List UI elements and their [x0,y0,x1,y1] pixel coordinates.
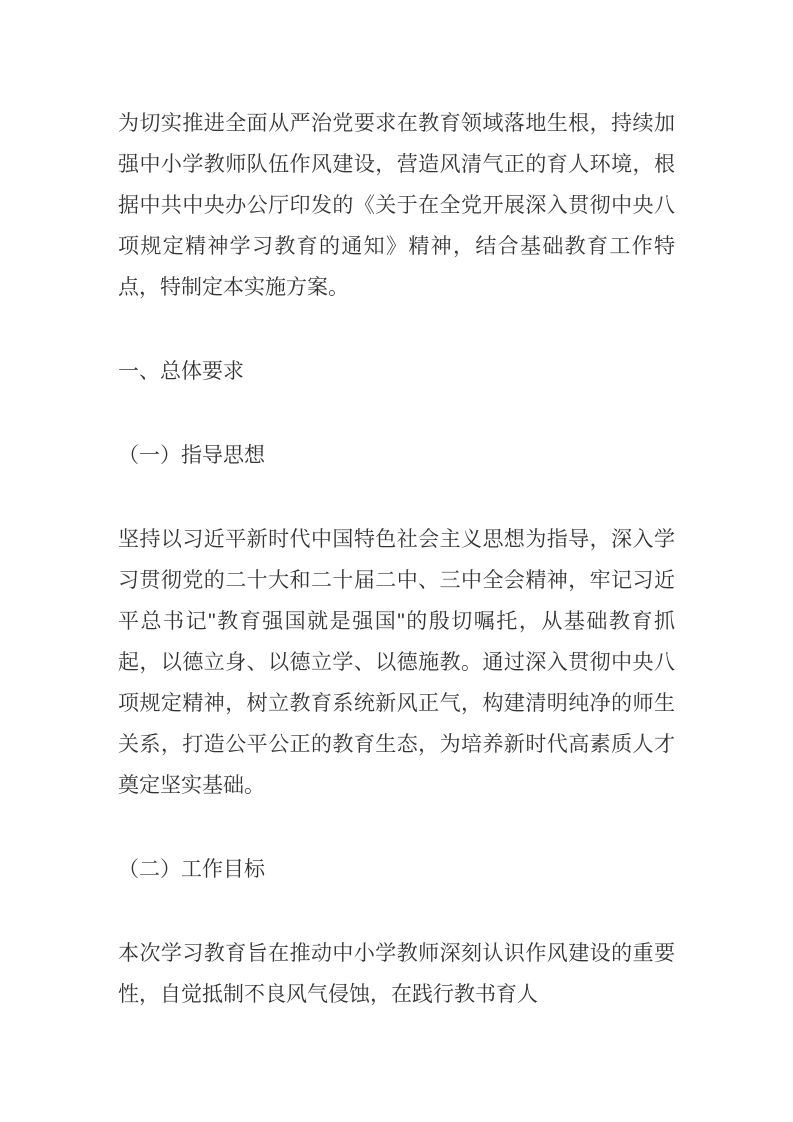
subsection-heading-work-goals: （二）工作目标 [118,849,675,890]
document-page: 为切实推进全面从严治党要求在教育领域落地生根，持续加强中小学教师队伍作风建设，营… [0,0,793,1122]
subsection-heading-guiding-ideology: （一）指导思想 [118,435,675,476]
intro-paragraph: 为切实推进全面从严治党要求在教育领域落地生根，持续加强中小学教师队伍作风建设，营… [118,103,675,308]
section-heading-overall-requirements: 一、总体要求 [118,351,675,392]
document-content: 为切实推进全面从严治党要求在教育领域落地生根，持续加强中小学教师队伍作风建设，营… [0,0,793,1015]
guiding-ideology-paragraph: 坚持以习近平新时代中国特色社会主义思想为指导，深入学习贯彻党的二十大和二十届二中… [118,519,675,806]
work-goals-paragraph: 本次学习教育旨在推动中小学教师深刻认识作风建设的重要性，自觉抵制不良风气侵蚀，在… [118,933,675,1015]
